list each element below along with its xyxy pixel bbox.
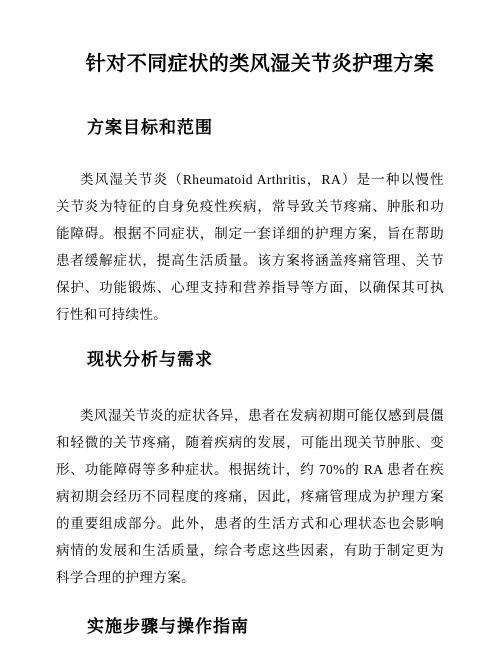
section-paragraph-status-analysis: 类风湿关节炎的症状各异，患者在发病初期可能仅感到晨僵和轻微的关节疼痛，随着疾病的… (56, 402, 444, 591)
section-implementation-steps: 实施步骤与操作指南 (56, 617, 444, 637)
section-heading-implementation-steps: 实施步骤与操作指南 (56, 617, 444, 637)
section-status-analysis: 现状分析与需求 类风湿关节炎的症状各异，患者在发病初期可能仅感到晨僵和轻微的关节… (56, 350, 444, 591)
section-heading-plan-goals: 方案目标和范围 (56, 118, 444, 138)
section-paragraph-plan-goals: 类风湿关节炎（Rheumatoid Arthritis，RA）是一种以慢性关节炎… (56, 166, 444, 328)
section-plan-goals: 方案目标和范围 类风湿关节炎（Rheumatoid Arthritis，RA）是… (56, 118, 444, 328)
document-page: 针对不同症状的类风湿关节炎护理方案 方案目标和范围 类风湿关节炎（Rheumat… (0, 0, 500, 647)
section-heading-status-analysis: 现状分析与需求 (56, 350, 444, 370)
document-title: 针对不同症状的类风湿关节炎护理方案 (56, 51, 444, 77)
